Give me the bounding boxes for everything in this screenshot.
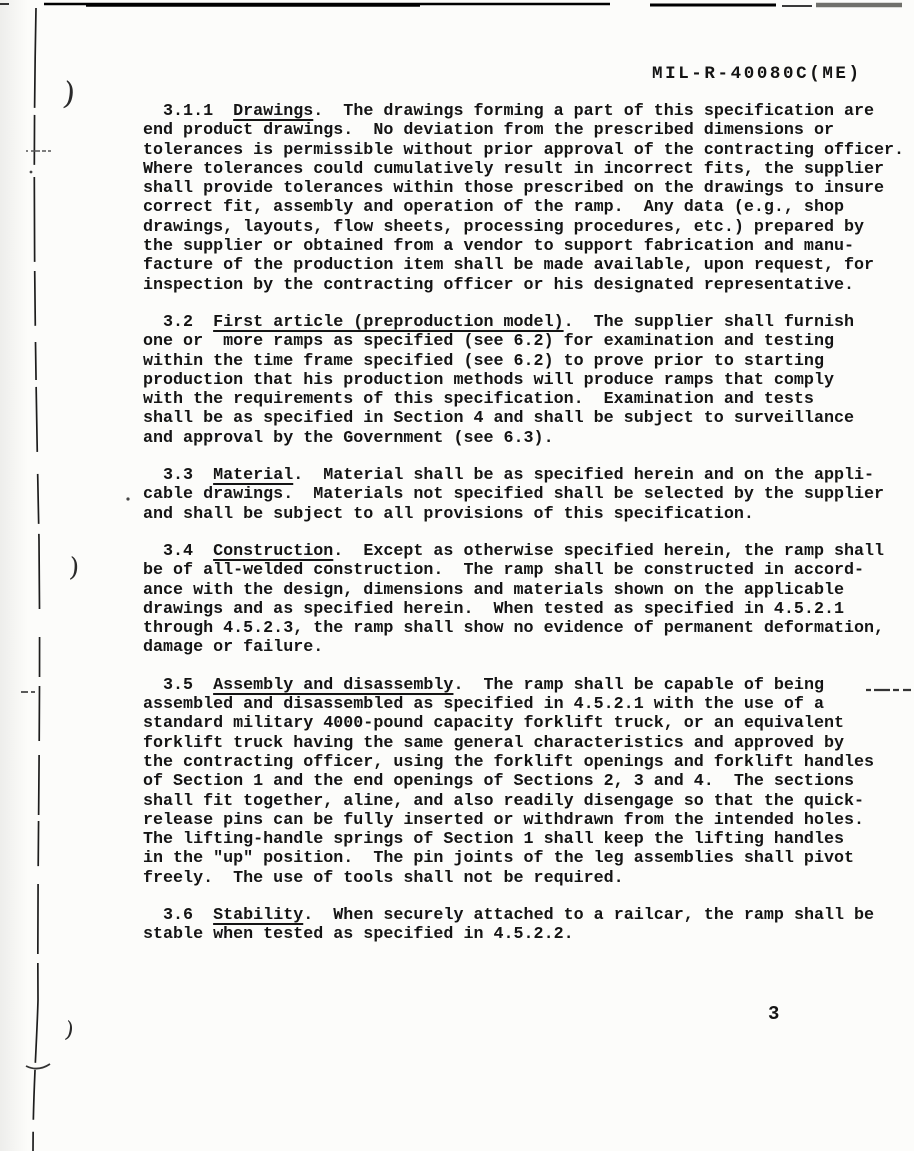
- text-line: facture of the production item shall be …: [143, 256, 914, 275]
- paragraph-3.6: 3.6 Stability. When securely attached to…: [143, 906, 914, 945]
- text-line: shall fit together, aline, and also read…: [143, 792, 914, 811]
- text-line: ance with the design, dimensions and mat…: [143, 581, 914, 600]
- document-id-header: MIL-R-40080C(ME): [652, 64, 862, 84]
- text-line: correct fit, assembly and operation of t…: [143, 198, 914, 217]
- paragraph-3.1.1: 3.1.1 Drawings. The drawings forming a p…: [143, 102, 914, 295]
- text-line: shall provide tolerances within those pr…: [143, 179, 914, 198]
- scan-artifact-speck-1: [126, 497, 129, 500]
- text-line: 3.4 Construction. Except as otherwise sp…: [143, 542, 914, 561]
- text-line: assembled and disassembled as specified …: [143, 695, 914, 714]
- text-line: be of all-welded construction. The ramp …: [143, 561, 914, 580]
- scan-artifact-speck-2: [30, 171, 33, 174]
- document-body: 3.1.1 Drawings. The drawings forming a p…: [143, 102, 914, 963]
- text-line: the contracting officer, using the forkl…: [143, 753, 914, 772]
- text-line: 3.3 Material. Material shall be as speci…: [143, 466, 914, 485]
- text-line: 3.1.1 Drawings. The drawings forming a p…: [143, 102, 914, 121]
- section-heading: Material: [213, 466, 293, 485]
- text-line: stable when tested as specified in 4.5.2…: [143, 925, 914, 944]
- text-line: damage or failure.: [143, 638, 914, 657]
- text-line: tolerances is permissible without prior …: [143, 141, 914, 160]
- text-line: of Section 1 and the end openings of Sec…: [143, 772, 914, 791]
- section-heading: First article (preproduction model): [213, 313, 564, 332]
- text-line: through 4.5.2.3, the ramp shall show no …: [143, 619, 914, 638]
- margin-paren-mark: ): [63, 1017, 75, 1043]
- scan-edge-shade: [0, 0, 28, 1151]
- text-line: in the "up" position. The pin joints of …: [143, 849, 914, 868]
- text-line: release pins can be fully inserted or wi…: [143, 811, 914, 830]
- text-line: 3.2 First article (preproduction model).…: [143, 313, 914, 332]
- text-line: standard military 4000-pound capacity fo…: [143, 714, 914, 733]
- scanned-document-page: ) ) ) MIL-R-40080C(ME) 3.1.1 Drawings. T…: [0, 0, 914, 1151]
- text-line: and approval by the Government (see 6.3)…: [143, 429, 914, 448]
- text-line: production that his production methods w…: [143, 371, 914, 390]
- scan-artifact-left-line: [33, 8, 40, 1151]
- text-line: within the time frame specified (see 6.2…: [143, 352, 914, 371]
- text-line: The lifting-handle springs of Section 1 …: [143, 830, 914, 849]
- text-line: shall be as specified in Section 4 and s…: [143, 409, 914, 428]
- paragraph-3.4: 3.4 Construction. Except as otherwise sp…: [143, 542, 914, 658]
- text-line: with the requirements of this specificat…: [143, 390, 914, 409]
- text-line: drawings and as specified herein. When t…: [143, 600, 914, 619]
- text-line: end product drawings. No deviation from …: [143, 121, 914, 140]
- page-number: 3: [768, 1003, 779, 1025]
- text-line: Where tolerances could cumulatively resu…: [143, 160, 914, 179]
- section-heading: Assembly and disassembly: [213, 676, 453, 695]
- text-line: forklift truck having the same general c…: [143, 734, 914, 753]
- text-line: cable drawings. Materials not specified …: [143, 485, 914, 504]
- text-line: the supplier or obtained from a vendor t…: [143, 237, 914, 256]
- text-line: 3.6 Stability. When securely attached to…: [143, 906, 914, 925]
- paragraph-3.2: 3.2 First article (preproduction model).…: [143, 313, 914, 448]
- text-line: 3.5 Assembly and disassembly. The ramp s…: [143, 676, 914, 695]
- section-heading: Construction: [213, 542, 333, 561]
- text-line: one or more ramps as specified (see 6.2)…: [143, 332, 914, 351]
- text-line: inspection by the contracting officer or…: [143, 276, 914, 295]
- margin-paren-mark: ): [68, 553, 80, 584]
- paragraph-3.3: 3.3 Material. Material shall be as speci…: [143, 466, 914, 524]
- section-heading: Drawings: [233, 102, 313, 121]
- text-line: freely. The use of tools shall not be re…: [143, 869, 914, 888]
- margin-paren-mark: ): [61, 75, 77, 112]
- text-line: and shall be subject to all provisions o…: [143, 505, 914, 524]
- paragraph-3.5: 3.5 Assembly and disassembly. The ramp s…: [143, 676, 914, 888]
- scan-artifact-bottom-curve: [26, 1064, 50, 1069]
- text-line: drawings, layouts, flow sheets, processi…: [143, 218, 914, 237]
- section-heading: Stability: [213, 906, 303, 925]
